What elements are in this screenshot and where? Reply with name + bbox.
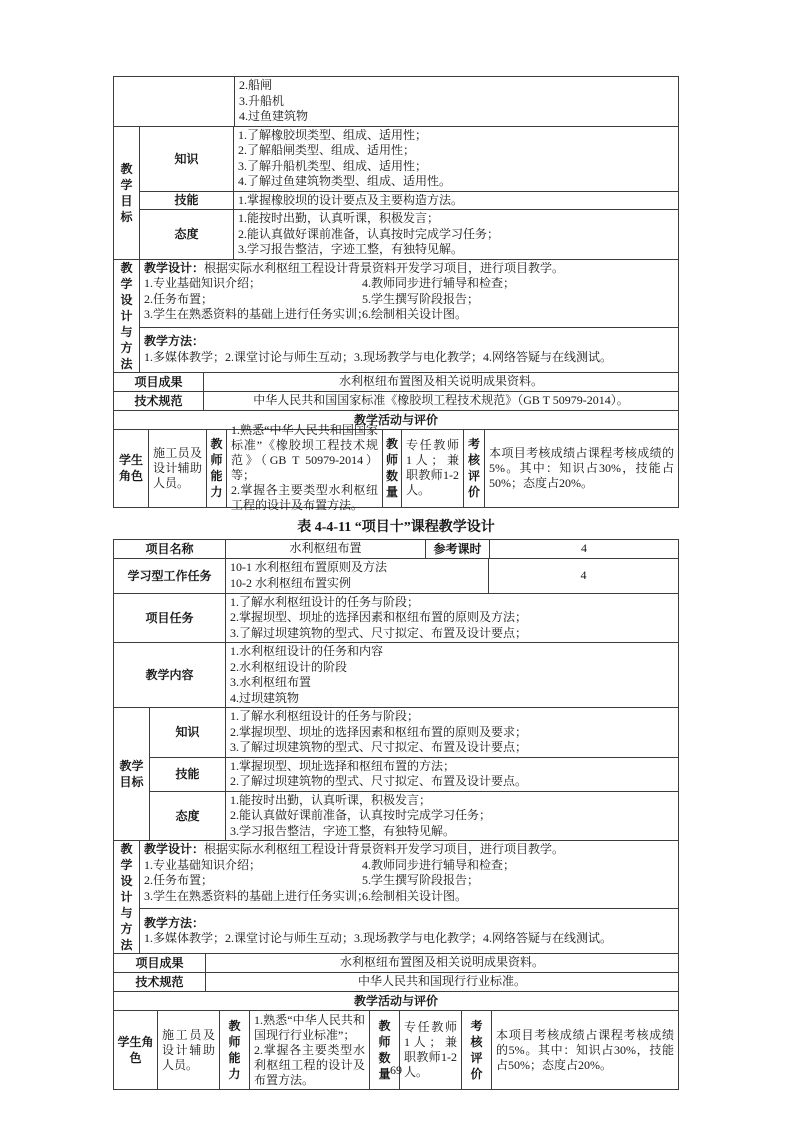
design-step: 2.任务布置；	[144, 292, 362, 308]
design-intro: 根据实际水利枢纽工程设计背景资料开发学习项目，进行项目教学。	[204, 842, 564, 856]
methods-title: 教学方法：	[144, 334, 204, 348]
content-line: 1.熟悉“中华人民共和国国家标准”《橡胶坝工程技术规范》（GB T 50979-…	[231, 423, 378, 483]
design-intro-line: 教学设计：根据实际水利枢纽工程设计背景资料开发学习项目，进行项目教学。	[144, 261, 674, 277]
teacher-ability-cell: 1.熟悉“中华人民共和国国家标准”《橡胶坝工程技术规范》（GB T 50979-…	[227, 430, 383, 507]
content-line: 3.水利枢纽布置	[230, 675, 674, 691]
knowledge-row: 知识 1.了解橡胶坝类型、组成、适用性； 2.了解船闸类型、组成、适用性； 3.…	[140, 127, 678, 192]
content-line: 1.了解水利枢纽设计的任务与阶段；	[230, 709, 674, 725]
skills-row: 技能 1.掌握橡胶坝的设计要点及主要构造方法。	[140, 192, 678, 211]
skills-row: 技能 1.掌握坝型、坝址选择和枢纽布置的方法； 2.了解过坝建筑物的型式、尺寸拟…	[150, 758, 678, 792]
project-tasks-label: 项目任务	[114, 594, 226, 643]
row-technical-standard: 技术规范 中华人民共和国现行行业标准。	[114, 973, 678, 992]
content-line: 4.了解过鱼建筑物类型、组成、适用性。	[238, 174, 674, 190]
teacher-count-label: 教师数量	[383, 430, 402, 507]
design-step: 6.绘制相关设计图。	[362, 307, 674, 323]
attitude-row: 态度 1.能按时出勤，认真听课，积极发言； 2.能认真做好课前准备，认真按时完成…	[140, 210, 678, 259]
design-step: 6.绘制相关设计图。	[362, 889, 674, 905]
teaching-goals-label: 教学目标	[114, 708, 150, 840]
student-role-value: 施工员及设计辅助人员。	[149, 430, 207, 507]
technical-standard-label: 技术规范	[114, 973, 206, 991]
design-step: 1.专业基础知识介绍；	[144, 276, 362, 292]
knowledge-cell: 1.了解水利枢纽设计的任务与阶段； 2.掌握坝型、坝址的选择因素和枢纽布置的原则…	[226, 708, 678, 757]
page-number: 69	[0, 1063, 792, 1078]
row-teaching-content: 教学内容 1.水利枢纽设计的任务和内容 2.水利枢纽设计的阶段 3.水利枢纽布置…	[114, 643, 678, 708]
teaching-content-continued-cell: 2.船闸 3.升船机 4.过鱼建筑物	[235, 77, 678, 126]
content-line: 2.能认真做好课前准备，认真按时完成学习任务；	[238, 227, 674, 243]
project-name-value: 水利枢纽布置	[226, 540, 426, 558]
methods-cell: 教学方法： 1.多媒体教学；2.课堂讨论与师生互动；3.现场教学与电化教学；4.…	[140, 909, 678, 953]
methods-line: 1.多媒体教学；2.课堂讨论与师生互动；3.现场教学与电化教学；4.网络答疑与在…	[144, 931, 674, 947]
teaching-content-cell: 1.水利枢纽设计的任务和内容 2.水利枢纽设计的阶段 3.水利枢纽布置 4.过坝…	[226, 643, 678, 707]
table-project-ten: 项目名称 水利枢纽布置 参考课时 4 学习型工作任务 10-1 水利枢纽布置原则…	[113, 539, 679, 1091]
teacher-ability-label: 教师能力	[207, 430, 227, 507]
content-line: 1.掌握坝型、坝址选择和枢纽布置的方法；	[230, 759, 674, 775]
assessment-value: 本项目考核成绩占课程考核成绩的5%。其中：知识占30%，技能占50%；态度占20…	[485, 430, 678, 507]
skills-label: 技能	[140, 192, 234, 210]
reference-hours-value: 4	[490, 540, 678, 558]
content-line: 1.能按时出勤，认真听课，积极发言；	[238, 211, 674, 227]
teacher-count-value: 专任教师1人；兼职教师1-2人。	[402, 430, 464, 507]
content-line: 2.船闸	[239, 78, 674, 94]
content-line: 2.了解过坝建筑物的型式、尺寸拟定、布置及设计要点。	[230, 774, 674, 790]
design-methods-subtable: 教学设计：根据实际水利枢纽工程设计背景资料开发学习项目，进行项目教学。 1.专业…	[140, 841, 678, 953]
skills-cell: 1.掌握坝型、坝址选择和枢纽布置的方法； 2.了解过坝建筑物的型式、尺寸拟定、布…	[226, 758, 678, 791]
content-line: 2.掌握坝型、坝址的选择因素和枢纽布置的原则及方法；	[230, 610, 674, 626]
table-title: 表 4-4-11 “项目十”课程教学设计	[113, 519, 679, 537]
content-line: 2.能认真做好课前准备，认真按时完成学习任务；	[230, 808, 674, 824]
technical-standard-value: 中华人民共和国国家标准《橡胶坝工程技术规范》（GB T 50979-2014）。	[204, 392, 678, 410]
reference-hours-label: 参考课时	[426, 540, 490, 558]
project-outcome-value: 水利枢纽布置图及相关说明成果资料。	[204, 373, 678, 391]
row-project-tasks: 项目任务 1.了解水利枢纽设计的任务与阶段； 2.掌握坝型、坝址的选择因素和枢纽…	[114, 594, 678, 644]
knowledge-row: 知识 1.了解水利枢纽设计的任务与阶段； 2.掌握坝型、坝址的选择因素和枢纽布置…	[150, 708, 678, 758]
content-line: 1.能按时出勤，认真听课，积极发言；	[230, 793, 674, 809]
attitude-cell: 1.能按时出勤，认真听课，积极发言； 2.能认真做好课前准备，认真按时完成学习任…	[234, 210, 678, 259]
design-step: 4.教师同步进行辅导和检查；	[362, 858, 674, 874]
row-project-name: 项目名称 水利枢纽布置 参考课时 4	[114, 540, 678, 559]
content-line: 2.水利枢纽设计的阶段	[230, 660, 674, 676]
content-line: 1.了解水利枢纽设计的任务与阶段；	[230, 595, 674, 611]
content-line: 4.过鱼建筑物	[239, 109, 674, 125]
methods-cell: 教学方法： 1.多媒体教学；2.课堂讨论与师生互动；3.现场教学与电化教学；4.…	[140, 328, 678, 372]
content-line: 2.了解船闸类型、组成、适用性；	[238, 143, 674, 159]
learning-tasks-label: 学习型工作任务	[114, 559, 226, 593]
content-line: 3.学习报告整洁，字迹工整，有独特见解。	[238, 242, 674, 258]
content-line: 1.了解橡胶坝类型、组成、适用性；	[238, 128, 674, 144]
content-line: 3.了解升船机类型、组成、适用性；	[238, 159, 674, 175]
design-intro-line: 教学设计：根据实际水利枢纽工程设计背景资料开发学习项目，进行项目教学。	[144, 842, 674, 858]
design-methods-label: 教学设计与方法	[114, 260, 140, 372]
knowledge-label: 知识	[140, 127, 234, 191]
attitude-row: 态度 1.能按时出勤，认真听课，积极发言； 2.能认真做好课前准备，认真按时完成…	[150, 792, 678, 841]
technical-standard-value: 中华人民共和国现行行业标准。	[206, 973, 678, 991]
design-step: 2.任务布置；	[144, 873, 362, 889]
design-step: 3.学生在熟悉资料的基础上进行任务实训；	[144, 889, 362, 905]
design-step: 4.教师同步进行辅导和检查；	[362, 276, 674, 292]
document-page: 2.船闸 3.升船机 4.过鱼建筑物 教学目标 知识 1.了解橡胶坝类型、组成、…	[0, 0, 792, 1122]
row-learning-tasks: 学习型工作任务 10-1 水利枢纽布置原则及方法 10-2 水利枢纽布置实例 4	[114, 559, 678, 594]
content-line: 2.掌握坝型、坝址的选择因素和枢纽布置的原则及要求；	[230, 725, 674, 741]
learning-tasks-hours: 4	[489, 559, 678, 593]
row-project-outcome: 项目成果 水利枢纽布置图及相关说明成果资料。	[114, 373, 678, 392]
knowledge-label: 知识	[150, 708, 226, 757]
activity-header: 教学活动与评价	[114, 992, 678, 1010]
design-methods-subtable: 教学设计：根据实际水利枢纽工程设计背景资料开发学习项目，进行项目教学。 1.专业…	[140, 260, 678, 372]
row-project-outcome: 项目成果 水利枢纽布置图及相关说明成果资料。	[114, 954, 678, 973]
learning-tasks-cell: 10-1 水利枢纽布置原则及方法 10-2 水利枢纽布置实例	[226, 559, 489, 593]
row-design-methods: 教学设计与方法 教学设计：根据实际水利枢纽工程设计背景资料开发学习项目，进行项目…	[114, 841, 678, 954]
methods-title: 教学方法：	[144, 916, 204, 930]
attitude-label: 态度	[150, 792, 226, 841]
skills-label: 技能	[150, 758, 226, 791]
assessment-label: 考核评价	[464, 430, 485, 507]
content-line: 10-1 水利枢纽布置原则及方法	[230, 560, 484, 576]
table-project-nine: 2.船闸 3.升船机 4.过鱼建筑物 教学目标 知识 1.了解橡胶坝类型、组成、…	[113, 76, 679, 508]
design-steps: 1.专业基础知识介绍； 4.教师同步进行辅导和检查； 2.任务布置； 5.学生撰…	[144, 858, 674, 905]
design-row: 教学设计：根据实际水利枢纽工程设计背景资料开发学习项目，进行项目教学。 1.专业…	[140, 841, 678, 909]
design-step: 5.学生撰写阶段报告；	[362, 292, 674, 308]
row-teaching-content-continued: 2.船闸 3.升船机 4.过鱼建筑物	[114, 77, 678, 127]
row-activity-header: 教学活动与评价	[114, 992, 678, 1011]
teaching-content-label: 教学内容	[114, 643, 226, 707]
design-cell: 教学设计：根据实际水利枢纽工程设计背景资料开发学习项目，进行项目教学。 1.专业…	[140, 260, 678, 327]
row-technical-standard: 技术规范 中华人民共和国国家标准《橡胶坝工程技术规范》（GB T 50979-2…	[114, 392, 678, 411]
attitude-label: 态度	[140, 210, 234, 259]
design-title: 教学设计：	[144, 261, 204, 275]
activity-header: 教学活动与评价	[114, 411, 678, 429]
content-line: 4.过坝建筑物	[230, 691, 674, 707]
design-step: 5.学生撰写阶段报告；	[362, 873, 674, 889]
content-line: 3.升船机	[239, 94, 674, 110]
technical-standard-label: 技术规范	[114, 392, 204, 410]
content-line: 10-2 水利枢纽布置实例	[230, 576, 484, 592]
design-step: 1.专业基础知识介绍；	[144, 858, 362, 874]
design-title: 教学设计：	[144, 842, 204, 856]
row-design-methods: 教学设计与方法 教学设计：根据实际水利枢纽工程设计背景资料开发学习项目，进行项目…	[114, 260, 678, 373]
knowledge-cell: 1.了解橡胶坝类型、组成、适用性； 2.了解船闸类型、组成、适用性； 3.了解升…	[234, 127, 678, 191]
design-steps: 1.专业基础知识介绍； 4.教师同步进行辅导和检查； 2.任务布置； 5.学生撰…	[144, 276, 674, 323]
content-line: 1.水利枢纽设计的任务和内容	[230, 644, 674, 660]
skills-cell: 1.掌握橡胶坝的设计要点及主要构造方法。	[234, 192, 678, 210]
content-line: 3.学习报告整洁，字迹工整，有独特见解。	[230, 824, 674, 840]
attitude-cell: 1.能按时出勤，认真听课，积极发言； 2.能认真做好课前准备，认真按时完成学习任…	[226, 792, 678, 841]
row-evaluation: 学生角色 施工员及设计辅助人员。 教师能力 1.熟悉“中华人民共和国国家标准”《…	[114, 430, 678, 507]
row-teaching-goals: 教学目标 知识 1.了解水利枢纽设计的任务与阶段； 2.掌握坝型、坝址的选择因素…	[114, 708, 678, 841]
design-cell: 教学设计：根据实际水利枢纽工程设计背景资料开发学习项目，进行项目教学。 1.专业…	[140, 841, 678, 908]
methods-row: 教学方法： 1.多媒体教学；2.课堂讨论与师生互动；3.现场教学与电化教学；4.…	[140, 909, 678, 953]
design-intro: 根据实际水利枢纽工程设计背景资料开发学习项目，进行项目教学。	[204, 261, 564, 275]
methods-line: 1.多媒体教学；2.课堂讨论与师生互动；3.现场教学与电化教学；4.网络答疑与在…	[144, 350, 674, 366]
project-tasks-cell: 1.了解水利枢纽设计的任务与阶段； 2.掌握坝型、坝址的选择因素和枢纽布置的原则…	[226, 594, 678, 643]
methods-row: 教学方法： 1.多媒体教学；2.课堂讨论与师生互动；3.现场教学与电化教学；4.…	[140, 328, 678, 372]
project-outcome-label: 项目成果	[114, 373, 204, 391]
project-outcome-label: 项目成果	[114, 954, 206, 972]
row-teaching-goals: 教学目标 知识 1.了解橡胶坝类型、组成、适用性； 2.了解船闸类型、组成、适用…	[114, 127, 678, 260]
row-activity-header: 教学活动与评价	[114, 411, 678, 430]
teaching-goals-subtable: 知识 1.了解橡胶坝类型、组成、适用性； 2.了解船闸类型、组成、适用性； 3.…	[140, 127, 678, 259]
design-row: 教学设计：根据实际水利枢纽工程设计背景资料开发学习项目，进行项目教学。 1.专业…	[140, 260, 678, 328]
teaching-goals-subtable: 知识 1.了解水利枢纽设计的任务与阶段； 2.掌握坝型、坝址的选择因素和枢纽布置…	[150, 708, 678, 840]
teaching-goals-label: 教学目标	[114, 127, 140, 259]
content-line: 1.掌握橡胶坝的设计要点及主要构造方法。	[238, 193, 674, 209]
content-line: 3.了解过坝建筑物的型式、尺寸拟定、布置及设计要点；	[230, 626, 674, 642]
content-line: 3.了解过坝建筑物的型式、尺寸拟定、布置及设计要点；	[230, 740, 674, 756]
student-role-label: 学生角色	[114, 430, 149, 507]
content-line: 2.掌握各主要类型水利枢纽工程的设计及布置方法。	[231, 483, 378, 513]
empty-label-cell	[114, 77, 235, 126]
design-methods-label: 教学设计与方法	[114, 841, 140, 953]
project-name-label: 项目名称	[114, 540, 226, 558]
project-outcome-value: 水利枢纽布置图及相关说明成果资料。	[206, 954, 678, 972]
content-line: 1.熟悉“中华人民共和国现行行业标准”；	[254, 1013, 365, 1043]
design-step: 3.学生在熟悉资料的基础上进行任务实训；	[144, 307, 362, 323]
